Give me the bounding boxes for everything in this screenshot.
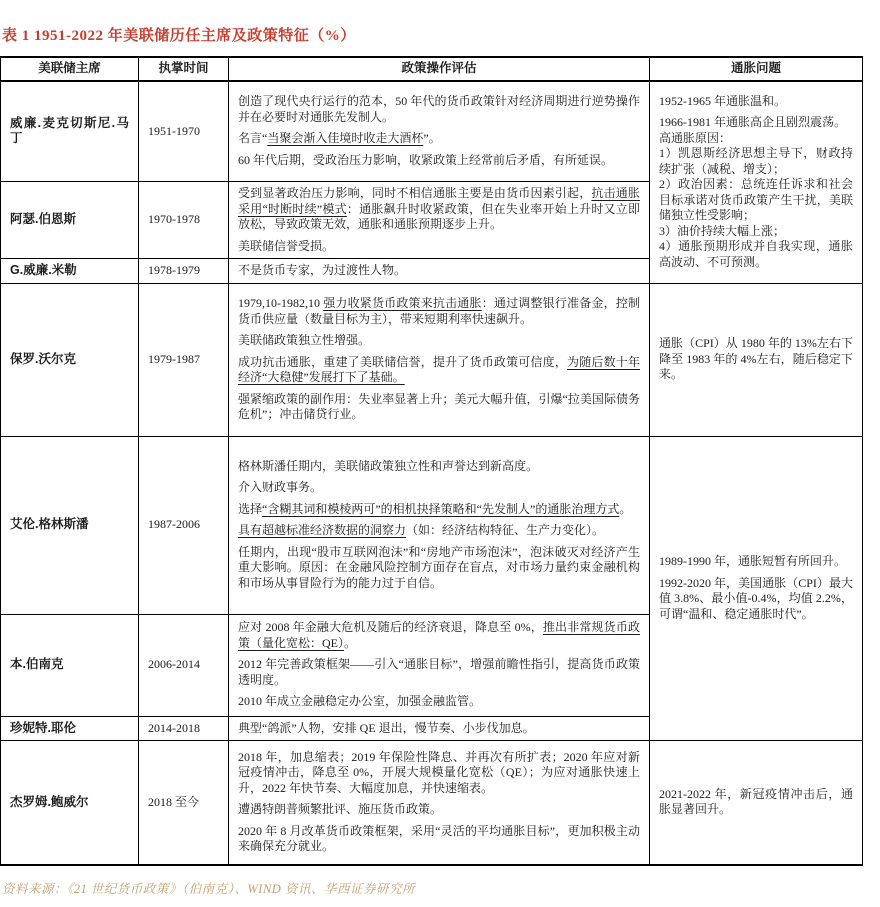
- text-paragraph: 任期内，出现“股市互联网泡沫”和“房地产市场泡沫”，泡沫破灭对经济产生重大影响。…: [238, 545, 640, 592]
- text-paragraph: 通胀（CPI）从 1980 年的 13%左右下降至 1983 年的 4%左右，随…: [659, 336, 853, 383]
- tenure-cell: 2006-2014: [139, 614, 229, 716]
- text-paragraph: 2018 年，加息缩表；2019 年保险性降息、并再次有所扩表；2020 年应对…: [238, 750, 640, 797]
- text-segment: 遭遇特朗普频繁批评、施压货币政策。: [238, 802, 442, 816]
- policy-cell: 典型“鸽派”人物，安排 QE 退出，慢节奏、小步伐加息。: [229, 716, 650, 741]
- text-segment: 受到显著政治压力影响，同时不相信通胀主要是由货币因素引起，: [238, 186, 591, 200]
- text-segment: 。: [619, 502, 631, 516]
- table-row: 杰罗姆.鲍威尔2018 至今2018 年，加息缩表；2019 年保险性降息、并再…: [1, 741, 863, 865]
- text-segment: 1952-1965 年通胀温和。: [659, 94, 786, 108]
- text-paragraph: 美联储政策独立性增强。: [238, 333, 640, 349]
- policy-cell: 不是货币专家，为过渡性人物。: [229, 259, 650, 284]
- underlined-text-segment: 当聚会渐入佳境时收走大酒杯: [267, 131, 423, 145]
- inflation-cell: 2021-2022 年，新冠疫情冲击后，通胀显著回升。: [650, 741, 863, 865]
- chairman-cell: 珍妮特.耶伦: [1, 716, 139, 741]
- policy-cell: 格林斯潘任期内，美联储政策独立性和声誉达到新高度。介入财政事务。选择“含糊其词和…: [229, 436, 650, 614]
- text-segment: 1979,10-1982,10: [238, 296, 323, 310]
- text-paragraph: 遭遇特朗普频繁批评、施压货币政策。: [238, 802, 640, 818]
- text-segment: 2020 年 8 月改革货币政策框架，采用“灵活的平均通胀目标”，更加积极主动来…: [238, 824, 640, 854]
- text-paragraph: 2020 年 8 月改革货币政策框架，采用“灵活的平均通胀目标”，更加积极主动来…: [238, 824, 640, 855]
- text-paragraph: 受到显著政治压力影响，同时不相信通胀主要是由货币因素引起，抗击通胀采用“时断时续…: [238, 186, 640, 233]
- text-segment: 1966-1981 年通胀高企且剧烈震荡。: [659, 115, 846, 129]
- text-segment: 典型“鸽派”人物，安排 QE 退出，慢节奏、小步伐加息。: [238, 721, 535, 735]
- text-segment: 任期内，出现“股市互联网泡沫”和“房地产市场泡沫”，泡沫破灭对经济产生重大影响。…: [238, 545, 640, 590]
- text-paragraph: 60 年代后期，受政治压力影响，收紧政策上经常前后矛盾，有所延误。: [238, 153, 640, 169]
- underlined-text-segment: 具有超越标准经济数据的洞察力: [238, 523, 406, 537]
- source-note: 资料来源：《21 世纪货币政策》（伯南克）、WIND 资讯、华西证券研究所: [2, 879, 880, 897]
- underlined-text-segment: 强力收紧货币政策来抗击通胀: [323, 296, 482, 310]
- text-segment: 介入财政事务。: [238, 480, 322, 494]
- text-paragraph: 成功抗击通胀，重建了美联储信誉，提升了货币政策可信度，为随后数十年经济“大稳健”…: [238, 355, 640, 386]
- text-segment: 格林斯潘任期内，美联储政策独立性和声誉达到新高度。: [238, 459, 538, 473]
- column-header-tenure: 执掌时间: [139, 57, 229, 81]
- chairman-cell: G.威廉.米勒: [1, 259, 139, 284]
- text-paragraph: 2）政治因素：总统连任诉求和社会目标承诺对货币政策产生干扰，美联储独立性受影响；: [659, 177, 853, 224]
- tenure-cell: 1978-1979: [139, 259, 229, 284]
- text-paragraph: 3）油价持续大幅上涨；: [659, 224, 853, 240]
- table-header: 美联储主席 执掌时间 政策操作评估 通胀问题: [1, 57, 863, 81]
- chairman-cell: 威廉.麦克切斯尼.马丁: [1, 81, 139, 182]
- text-segment: 。: [344, 636, 356, 650]
- text-segment: 美联储信誉受损。: [238, 239, 334, 253]
- text-paragraph: 创造了现代央行运行的范本，50 年代的货币政策针对经济周期进行逆势操作并在必要时…: [238, 94, 640, 125]
- chairman-cell: 保罗.沃尔克: [1, 283, 139, 436]
- text-segment: 2）政治因素：总统连任诉求和社会目标承诺对货币政策产生干扰，美联储独立性受影响；: [659, 177, 853, 222]
- text-paragraph: 2010 年成立金融稳定办公室，加强金融监管。: [238, 694, 640, 710]
- tenure-cell: 1970-1978: [139, 182, 229, 259]
- tenure-cell: 1979-1987: [139, 283, 229, 436]
- policy-cell: 1979,10-1982,10 强力收紧货币政策来抗击通胀：通过调整银行准备金，…: [229, 283, 650, 436]
- text-segment: ”。: [423, 131, 440, 145]
- text-paragraph: 格林斯潘任期内，美联储政策独立性和声誉达到新高度。: [238, 459, 640, 475]
- text-segment: 创造了现代央行运行的范本，50 年代的货币政策针对经济周期进行逆势操作并在必要时…: [238, 94, 640, 124]
- inflation-cell: 通胀（CPI）从 1980 年的 13%左右下降至 1983 年的 4%左右，随…: [650, 283, 863, 436]
- text-paragraph: 美联储信誉受损。: [238, 239, 640, 255]
- column-header-chairman: 美联储主席: [1, 57, 139, 81]
- table-row: 威廉.麦克切斯尼.马丁1951-1970创造了现代央行运行的范本，50 年代的货…: [1, 81, 863, 182]
- tenure-cell: 1951-1970: [139, 81, 229, 182]
- text-paragraph: 1952-1965 年通胀温和。: [659, 94, 853, 110]
- tenure-cell: 2018 至今: [139, 741, 229, 865]
- column-header-inflation: 通胀问题: [650, 57, 863, 81]
- text-segment: 2018 年，加息缩表；2019 年保险性降息、并再次有所扩表；2020 年应对…: [238, 750, 640, 795]
- text-paragraph: 介入财政事务。: [238, 480, 640, 496]
- text-paragraph: 选择“含糊其词和模棱两可”的相机抉择策略和“先发制人”的通胀治理方式。: [238, 502, 640, 518]
- table-row: 艾伦.格林斯潘1987-2006格林斯潘任期内，美联储政策独立性和声誉达到新高度…: [1, 436, 863, 614]
- text-segment: 2021-2022 年，新冠疫情冲击后，通胀显著回升。: [659, 787, 853, 817]
- text-segment: 强紧缩政策的副作用：失业率显著上升；美元大幅升值，引爆“拉美国际债务危机”；冲击…: [238, 392, 640, 422]
- fed-chairmen-table: 美联储主席 执掌时间 政策操作评估 通胀问题 威廉.麦克切斯尼.马丁1951-1…: [0, 56, 863, 866]
- text-segment: 不是货币专家，为过渡性人物。: [238, 263, 406, 277]
- underlined-text-segment: “含糊其词和模棱两可”的相机抉择策略和“先发制人”的通胀治理方式: [262, 502, 619, 516]
- text-segment: 高通胀原因：: [659, 131, 731, 145]
- text-segment: 2010 年成立金融稳定办公室，加强金融监管。: [238, 694, 481, 708]
- chairman-cell: 本.伯南克: [1, 614, 139, 716]
- page-title: 表 1 1951-2022 年美联储历任主席及政策特征（%）: [2, 24, 880, 45]
- text-segment: 美联储政策独立性增强。: [238, 333, 370, 347]
- inflation-cell: 1989-1990 年，通胀短暂有所回升。1992-2020 年，美国通胀（CP…: [650, 436, 863, 741]
- text-segment: 选择: [238, 502, 262, 516]
- policy-cell: 受到显著政治压力影响，同时不相信通胀主要是由货币因素引起，抗击通胀采用“时断时续…: [229, 182, 650, 259]
- text-paragraph: 具有超越标准经济数据的洞察力（如：经济结构特征、生产力变化）。: [238, 523, 640, 539]
- text-paragraph: 1989-1990 年，通胀短暂有所回升。: [659, 554, 853, 570]
- text-segment: 2012 年完善政策框架——引入“通胀目标”，增强前瞻性指引，提高货币政策透明度…: [238, 657, 640, 687]
- column-header-policy: 政策操作评估: [229, 57, 650, 81]
- text-paragraph: 高通胀原因：: [659, 131, 853, 147]
- text-segment: 成功抗击通胀，重建了美联储信誉，提升了货币政策可信度，: [238, 355, 567, 369]
- text-paragraph: 不是货币专家，为过渡性人物。: [238, 263, 640, 279]
- text-paragraph: 1966-1981 年通胀高企且剧烈震荡。: [659, 115, 853, 131]
- text-segment: 4）通胀预期形成并自我实现，通胀高波动、不可预测。: [659, 239, 853, 269]
- chairman-cell: 杰罗姆.鲍威尔: [1, 741, 139, 865]
- text-paragraph: 名言“当聚会渐入佳境时收走大酒杯”。: [238, 131, 640, 147]
- policy-cell: 应对 2008 年金融大危机及随后的经济衰退，降息至 0%，推出非常规货币政策（…: [229, 614, 650, 716]
- tenure-cell: 2014-2018: [139, 716, 229, 741]
- table-body: 威廉.麦克切斯尼.马丁1951-1970创造了现代央行运行的范本，50 年代的货…: [1, 81, 863, 865]
- header-row: 美联储主席 执掌时间 政策操作评估 通胀问题: [1, 57, 863, 81]
- text-segment: 1）凯恩斯经济思想主导下，财政持续扩张（减税、增支）；: [659, 146, 853, 176]
- text-paragraph: 2012 年完善政策框架——引入“通胀目标”，增强前瞻性指引，提高货币政策透明度…: [238, 657, 640, 688]
- text-segment: 通胀（CPI）从 1980 年的 13%左右下降至 1983 年的 4%左右，随…: [659, 336, 853, 381]
- text-segment: （如：经济结构特征、生产力变化）。: [406, 523, 604, 537]
- text-paragraph: 2021-2022 年，新冠疫情冲击后，通胀显著回升。: [659, 787, 853, 818]
- text-paragraph: 4）通胀预期形成并自我实现，通胀高波动、不可预测。: [659, 239, 853, 270]
- text-paragraph: 强紧缩政策的副作用：失业率显著上升；美元大幅升值，引爆“拉美国际债务危机”；冲击…: [238, 392, 640, 423]
- text-paragraph: 1992-2020 年，美国通胀（CPI）最大值 3.8%、最小值-0.4%，均…: [659, 576, 853, 623]
- text-segment: 3）油价持续大幅上涨；: [659, 224, 785, 238]
- inflation-cell: 1952-1965 年通胀温和。1966-1981 年通胀高企且剧烈震荡。高通胀…: [650, 81, 863, 284]
- text-paragraph: 典型“鸽派”人物，安排 QE 退出，慢节奏、小步伐加息。: [238, 721, 640, 737]
- text-segment: 60 年代后期，受政治压力影响，收紧政策上经常前后矛盾，有所延误。: [238, 153, 613, 167]
- text-paragraph: 1）凯恩斯经济思想主导下，财政持续扩张（减税、增支）；: [659, 146, 853, 177]
- chairman-cell: 艾伦.格林斯潘: [1, 436, 139, 614]
- policy-cell: 2018 年，加息缩表；2019 年保险性降息、并再次有所扩表；2020 年应对…: [229, 741, 650, 865]
- table-row: 保罗.沃尔克1979-19871979,10-1982,10 强力收紧货币政策来…: [1, 283, 863, 436]
- tenure-cell: 1987-2006: [139, 436, 229, 614]
- text-segment: 应对 2008 年金融大危机及随后的经济衰退，降息至 0%，: [238, 620, 543, 634]
- text-segment: 名言“: [238, 131, 267, 145]
- text-paragraph: 1979,10-1982,10 强力收紧货币政策来抗击通胀：通过调整银行准备金，…: [238, 296, 640, 327]
- text-segment: 1989-1990 年，通胀短暂有所回升。: [659, 554, 846, 568]
- policy-cell: 创造了现代央行运行的范本，50 年代的货币政策针对经济周期进行逆势操作并在必要时…: [229, 81, 650, 182]
- text-paragraph: 应对 2008 年金融大危机及随后的经济衰退，降息至 0%，推出非常规货币政策（…: [238, 620, 640, 651]
- text-segment: 1992-2020 年，美国通胀（CPI）最大值 3.8%、最小值-0.4%，均…: [659, 576, 853, 621]
- chairman-cell: 阿瑟.伯恩斯: [1, 182, 139, 259]
